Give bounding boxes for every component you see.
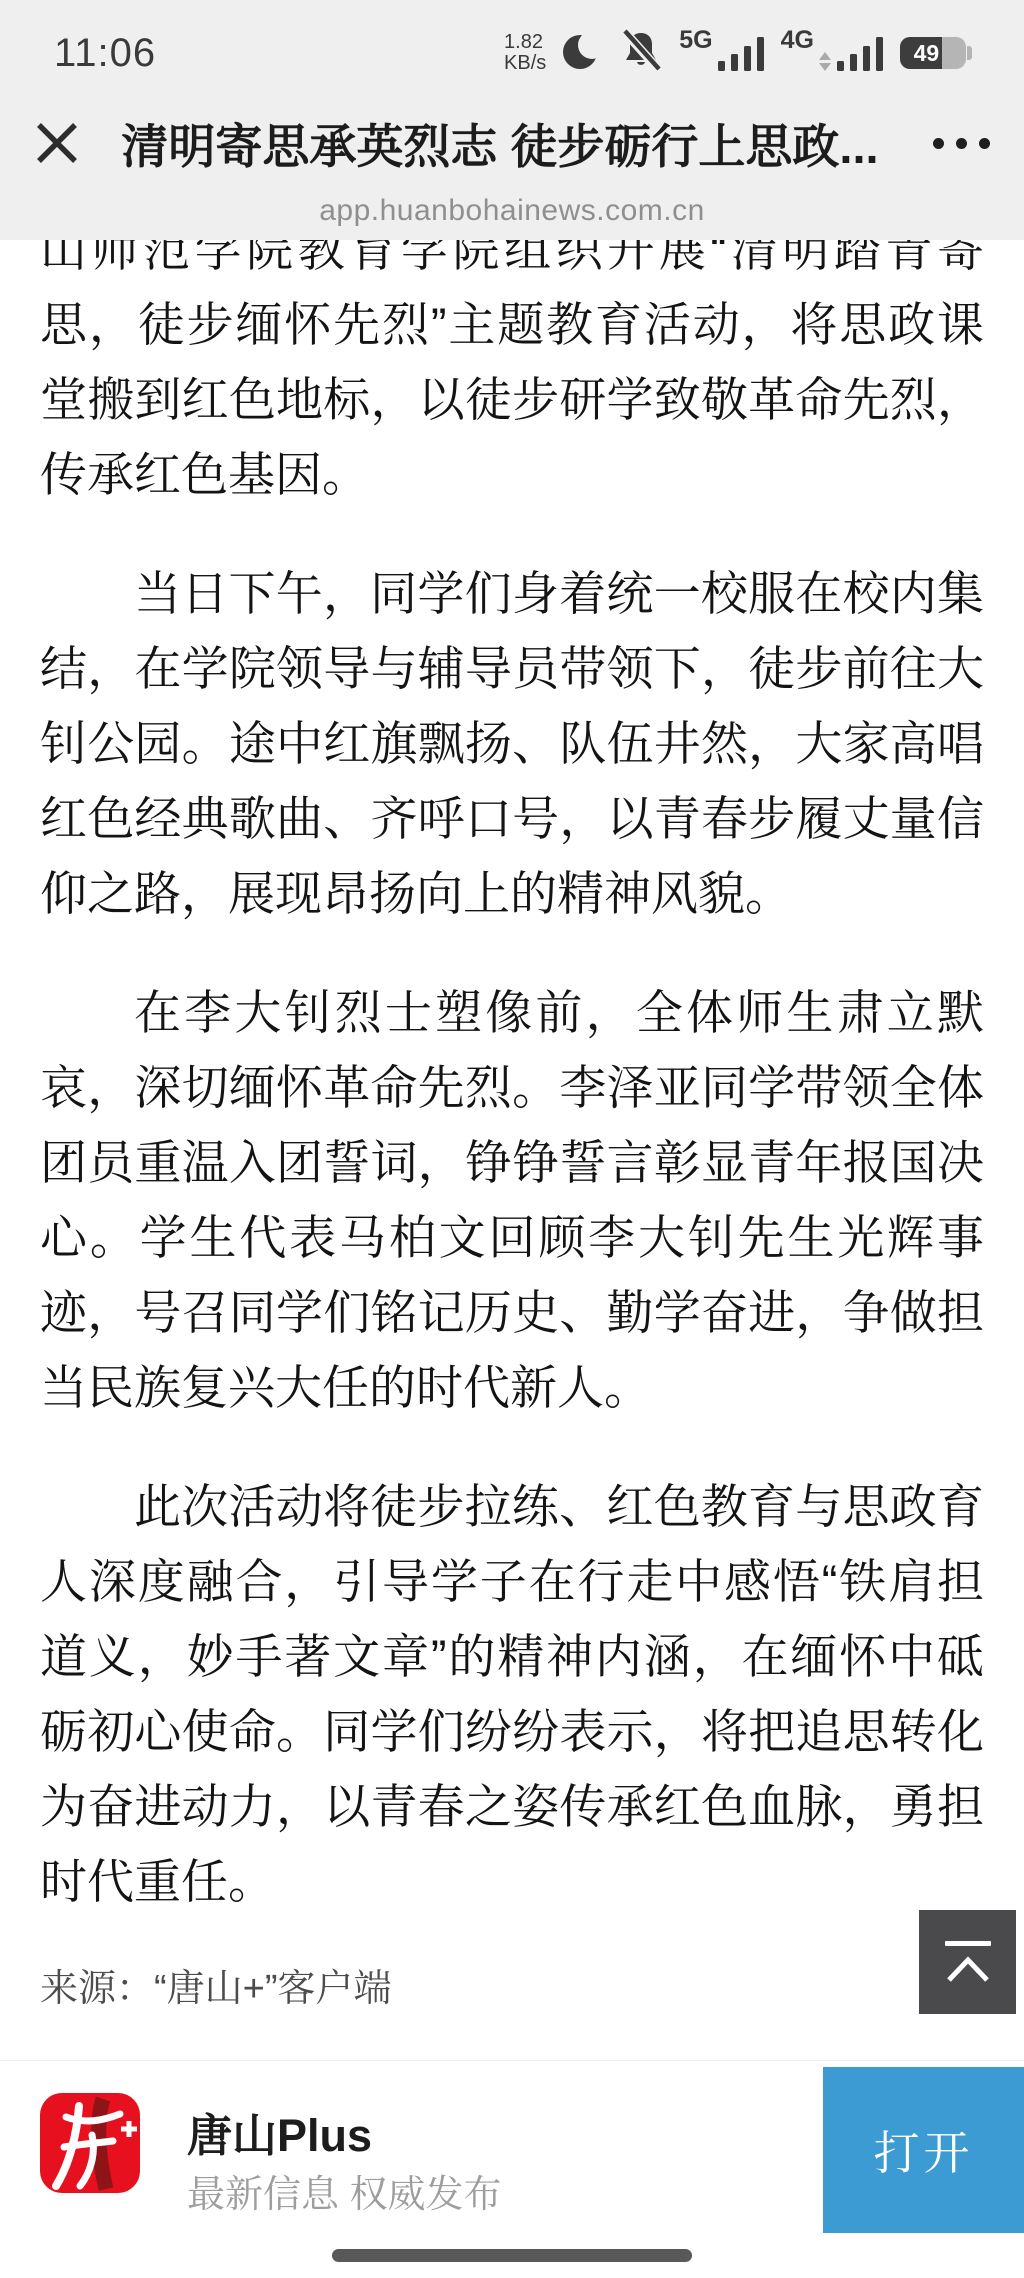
- bell-muted-icon: [618, 29, 664, 78]
- ellipsis-dot: [956, 138, 967, 149]
- article-paragraph: 在李大钊烈士塑像前，全体师生肃立默哀，深切缅怀革命先烈。李泽亚同学带领全体团员重…: [40, 975, 984, 1425]
- article-paragraph: 山师范学院教育学院组织开展“清明踏青寄思，徒步缅怀先烈”主题教育活动，将思政课堂…: [40, 212, 984, 512]
- battery-percent: 49: [900, 37, 942, 69]
- home-indicator-handle[interactable]: [332, 2249, 692, 2262]
- status-bar: 11:06 1.82 KB/s: [0, 0, 1024, 92]
- open-app-button[interactable]: 打开: [823, 2067, 1024, 2233]
- article-body: 山师范学院教育学院组织开展“清明踏青寄思，徒步缅怀先烈”主题教育活动，将思政课堂…: [0, 0, 1024, 2015]
- status-icons: 1.82 KB/s: [504, 29, 966, 78]
- back-to-top-button[interactable]: [919, 1910, 1016, 2014]
- more-menu-button[interactable]: [906, 138, 990, 149]
- close-icon: [34, 120, 80, 166]
- ellipsis-dot: [933, 138, 944, 149]
- do-not-disturb-moon-icon: [561, 30, 603, 77]
- tangshan-plus-calligraphy-icon: [40, 2093, 140, 2193]
- clock: 11:06: [54, 31, 156, 76]
- network-type-5g-label: 5G: [679, 26, 712, 55]
- article-paragraph: 此次活动将徒步拉练、红色教育与思政育人深度融合，引导学子在行走中感悟“铁肩担道义…: [40, 1469, 984, 1919]
- arrow-to-top-icon: [940, 1938, 996, 1986]
- site-url: app.huanbohainews.com.cn: [0, 194, 1024, 240]
- browser-header: 11:06 1.82 KB/s: [0, 0, 1024, 240]
- article-source: 来源：“唐山+”客户端: [40, 1963, 984, 2015]
- tangshan-plus-logo: [40, 2093, 140, 2193]
- signal-bars-4g-icon: [837, 35, 885, 71]
- network-speed-value: 1.82: [504, 32, 546, 53]
- app-tagline: 最新信息 权威发布: [187, 2163, 502, 2218]
- signal-bars-5g-icon: [718, 35, 766, 71]
- network-type-4g-label: 4G: [781, 26, 814, 55]
- battery-nub: [967, 46, 972, 60]
- signal-5g-indicator: 5G: [679, 35, 765, 71]
- title-bar: 清明寄思承英烈志 徒步砺行上思政...: [0, 92, 1024, 194]
- network-speed-indicator: 1.82 KB/s: [504, 32, 546, 74]
- data-activity-arrows-icon: [819, 52, 831, 71]
- app-name: 唐山Plus: [187, 2099, 372, 2164]
- page-title: 清明寄思承英烈志 徒步砺行上思政...: [94, 110, 906, 177]
- network-speed-unit: KB/s: [504, 53, 546, 74]
- app-download-banner: 唐山Plus 最新信息 权威发布 打开: [0, 2060, 1024, 2278]
- ellipsis-dot: [979, 138, 990, 149]
- article-paragraph: 当日下午，同学们身着统一校服在校内集结，在学院领导与辅导员带领下，徒步前往大钊公…: [40, 556, 984, 931]
- signal-4g-indicator: 4G: [781, 35, 885, 71]
- battery-indicator: 49: [900, 37, 966, 69]
- close-button[interactable]: [34, 120, 94, 166]
- screen: 11:06 1.82 KB/s: [0, 0, 1024, 2278]
